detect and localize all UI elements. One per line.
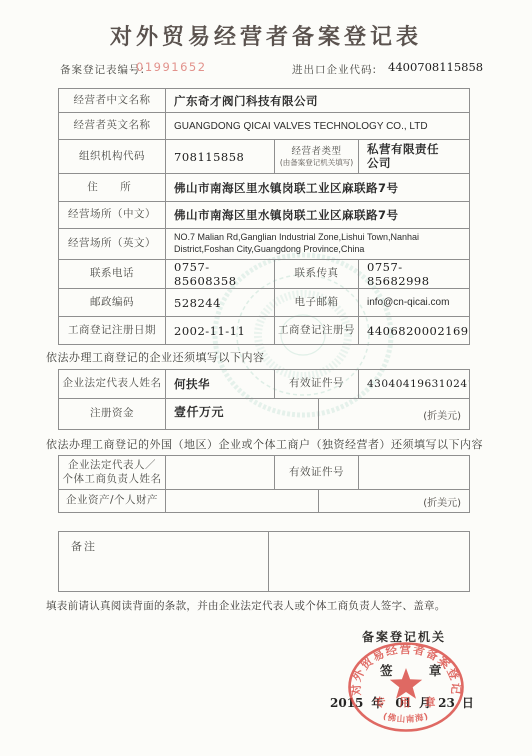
page-title: 对外贸易经营者备案登记表 <box>0 20 532 51</box>
table-row: 注册资金 壹仟万元 (折美元) <box>59 398 469 429</box>
row-label: 联系电话 <box>59 260 165 288</box>
stamp-center-text: 专用章 <box>375 695 450 709</box>
row-value-secondary: 私营有限责任公司 <box>358 140 469 173</box>
row-label-secondary: 电子邮箱 <box>274 289 358 316</box>
table-row: 工商登记注册日期 2002-11-11 工商登记注册号 440682000216… <box>59 316 469 344</box>
row-value <box>165 456 274 489</box>
form-number-label: 备案登记表编号: <box>60 62 145 77</box>
row-label: 经营者英文名称 <box>59 113 165 139</box>
table-row: 经营场所（英文） NO.7 Malian Rd,Ganglian Industr… <box>59 228 469 259</box>
remarks-label: 备注 <box>71 538 97 554</box>
remarks-divider <box>268 532 269 591</box>
official-stamp: 对外贸易经营者备案登记 专用章 (佛山南海) <box>344 640 468 738</box>
registration-form-page: 对外贸易经营者备案登记表 备案登记表编号: 01991652 进出口企业代码: … <box>0 0 532 756</box>
row-value: 528244 <box>165 289 274 316</box>
row-label: 企业法定代表人姓名 <box>59 370 165 398</box>
row-value-secondary: 430404196310241518 <box>358 370 469 398</box>
table-row: 企业法定代表人／ 个体工商负责人姓名 有效证件号 <box>59 456 469 489</box>
table-row: 经营者中文名称 广东奇才阀门科技有限公司 <box>59 89 469 112</box>
table-row: 邮政编码 528244 电子邮箱 info@cn-qicai.com <box>59 288 469 316</box>
table-row: 经营场所（中文） 佛山市南海区里水镇岗联工业区麻联路7号 <box>59 201 469 228</box>
row-value <box>165 490 318 512</box>
row-label-secondary: 有效证件号 <box>274 370 358 398</box>
table-row: 企业资产/个人财产 (折美元) <box>59 489 469 512</box>
row-value: 708115858 <box>165 140 274 173</box>
row-label: 经营者中文名称 <box>59 89 165 112</box>
row-label: 企业资产/个人财产 <box>59 490 165 512</box>
row-label-secondary: 联系传真 <box>274 260 358 288</box>
section-title-domestic: 依法办理工商登记的企业还须填写以下内容 <box>46 349 265 365</box>
domestic-enterprise-table: 企业法定代表人姓名 何扶华 有效证件号 430404196310241518 注… <box>58 369 470 430</box>
table-row: 企业法定代表人姓名 何扶华 有效证件号 430404196310241518 <box>59 370 469 398</box>
row-value-secondary: 440682000216985 <box>358 317 469 344</box>
row-label: 邮政编码 <box>59 289 165 316</box>
enterprise-code-value: 4400708115858 <box>388 60 483 74</box>
stamp-bottom-text: (佛山南海) <box>382 712 431 726</box>
table-row: 联系电话 0757-85608358 联系传真 0757-85682998 <box>59 259 469 288</box>
stamp-star-icon <box>390 668 422 699</box>
table-row: 住 所 佛山市南海区里水镇岗联工业区麻联路7号 <box>59 173 469 201</box>
row-label-secondary: 工商登记注册号 <box>274 317 358 344</box>
row-label: 住 所 <box>59 174 165 201</box>
table-row: 经营者英文名称 GUANGDONG QICAI VALVES TECHNOLOG… <box>59 112 469 139</box>
footnote: 填表前请认真阅读背面的条款，并由企业法定代表人或个体工商负责人签字、盖章。 <box>46 598 446 613</box>
row-value-secondary: info@cn-qicai.com <box>358 289 469 316</box>
row-label-secondary: 有效证件号 <box>274 456 358 489</box>
row-note-usd: (折美元) <box>318 399 469 429</box>
table-row: 组织机构代码 708115858 经营者类型 (由备案登记机关填写) 私营有限责… <box>59 139 469 173</box>
row-label: 组织机构代码 <box>59 140 165 173</box>
remarks-box: 备注 <box>58 531 470 592</box>
row-value-secondary <box>358 456 469 489</box>
row-label: 企业法定代表人／ 个体工商负责人姓名 <box>59 456 165 489</box>
row-note-usd: (折美元) <box>318 490 469 512</box>
row-value: 佛山市南海区里水镇岗联工业区麻联路7号 <box>165 202 469 228</box>
enterprise-code-label: 进出口企业代码: <box>292 62 377 77</box>
form-number-value: 01991652 <box>136 60 207 74</box>
row-label: 经营场所（英文） <box>59 229 165 259</box>
row-value: 广东奇才阀门科技有限公司 <box>165 89 469 112</box>
row-value: 何扶华 <box>165 370 274 398</box>
row-value-secondary: 0757-85682998 <box>358 260 469 288</box>
row-value: NO.7 Malian Rd,Ganglian Industrial Zone,… <box>165 229 469 259</box>
row-label: 注册资金 <box>59 399 165 429</box>
row-value: 壹仟万元 <box>165 399 318 429</box>
row-value: GUANGDONG QICAI VALVES TECHNOLOGY CO., L… <box>165 113 469 139</box>
row-value: 佛山市南海区里水镇岗联工业区麻联路7号 <box>165 174 469 201</box>
row-value: 0757-85608358 <box>165 260 274 288</box>
row-label: 工商登记注册日期 <box>59 317 165 344</box>
row-label-secondary: 经营者类型 (由备案登记机关填写) <box>274 140 358 173</box>
main-info-table: 经营者中文名称 广东奇才阀门科技有限公司 经营者英文名称 GUANGDONG Q… <box>58 88 470 345</box>
section-title-foreign: 依法办理工商登记的外国（地区）企业或个体工商户（独资经营者）还须填写以下内容 <box>46 436 483 452</box>
row-label: 经营场所（中文） <box>59 202 165 228</box>
row-value: 2002-11-11 <box>165 317 274 344</box>
foreign-individual-table: 企业法定代表人／ 个体工商负责人姓名 有效证件号 企业资产/个人财产 (折美元) <box>58 455 470 513</box>
